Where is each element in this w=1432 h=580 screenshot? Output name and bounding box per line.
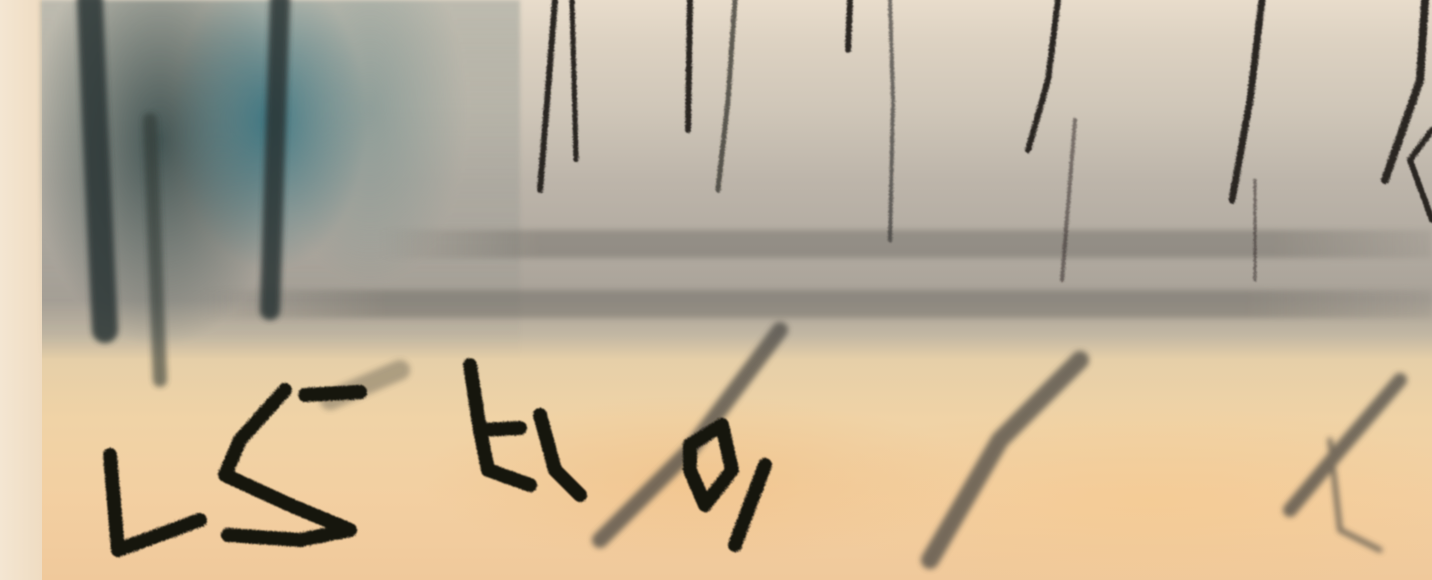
artist-signature	[110, 365, 765, 550]
brush-strokes	[0, 0, 1432, 580]
watercolor-painting: LS Ua	[0, 0, 1432, 580]
